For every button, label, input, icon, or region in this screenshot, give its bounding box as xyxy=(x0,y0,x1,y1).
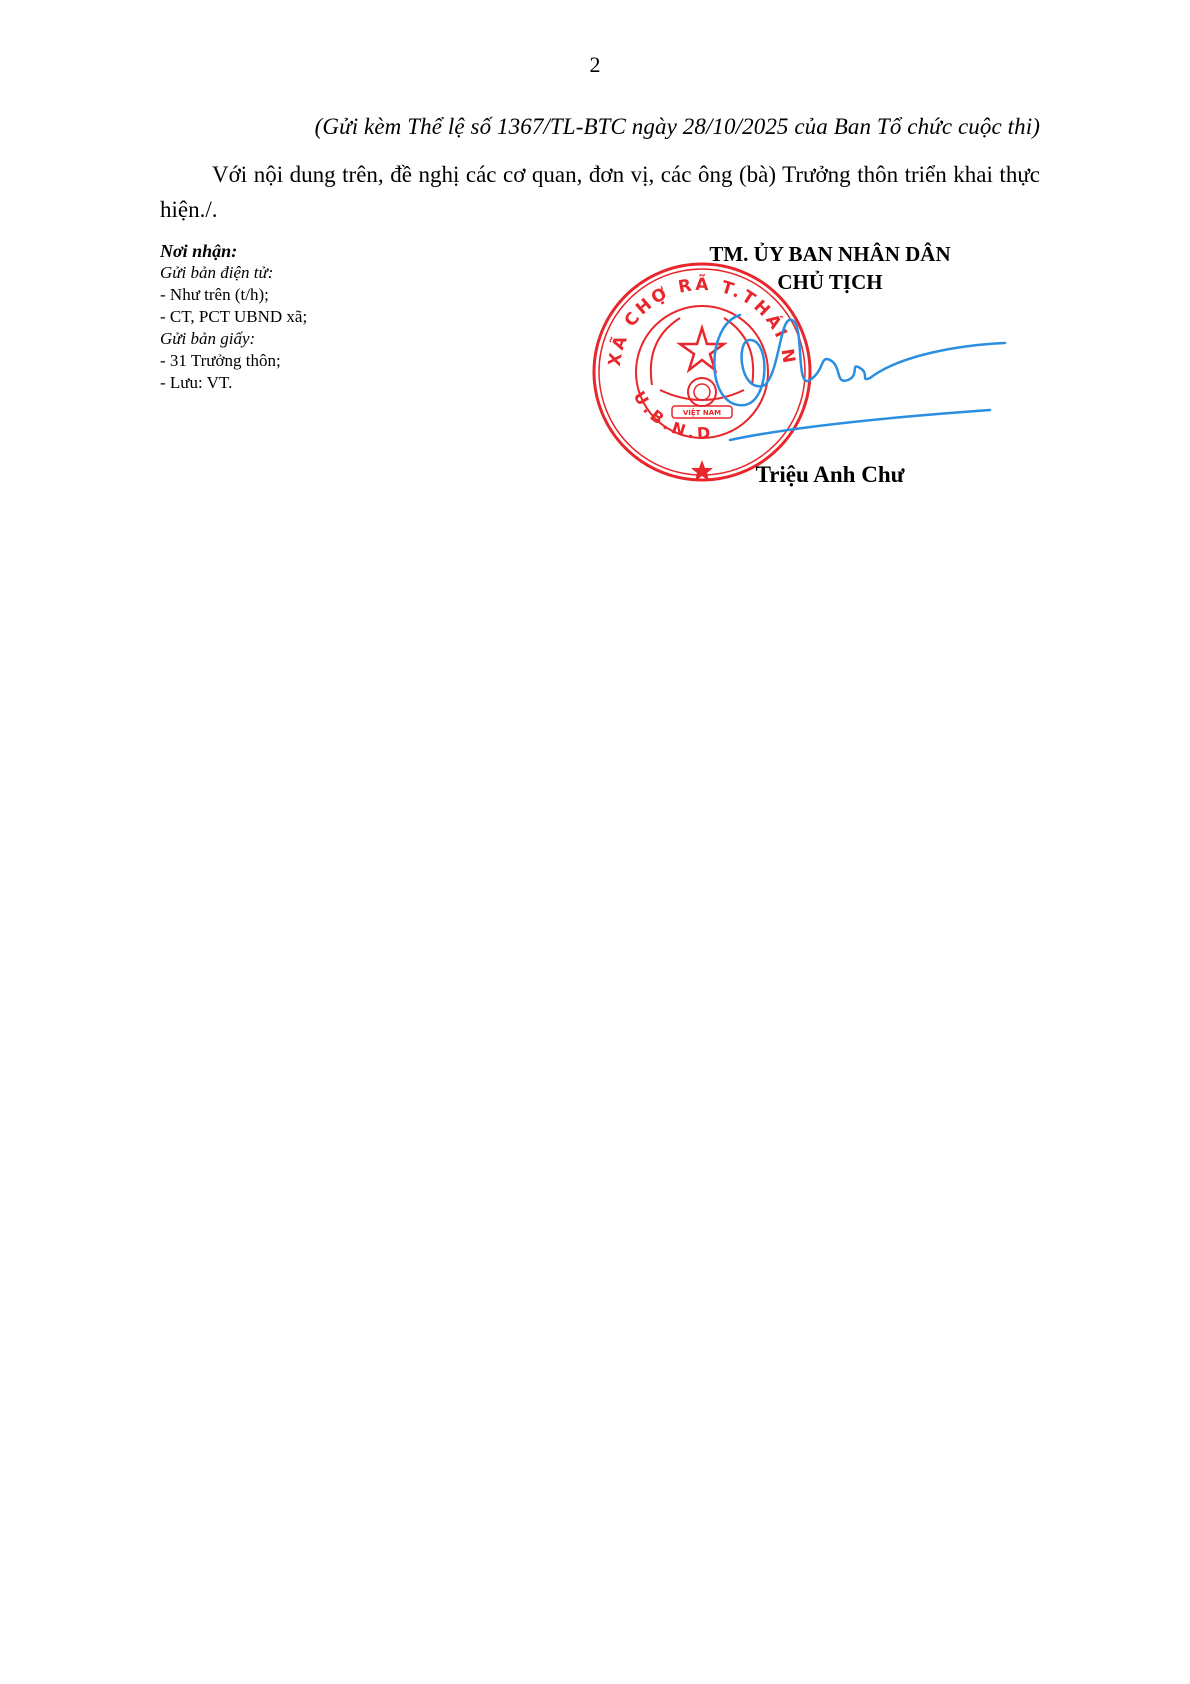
recipient-item: - CT, PCT UBND xã; xyxy=(160,306,307,328)
attachment-note: (Gửi kèm Thể lệ số 1367/TL-BTC ngày 28/1… xyxy=(160,114,1040,140)
recipients-title: Nơi nhận: xyxy=(160,240,307,262)
recipient-item: - Như trên (t/h); xyxy=(160,284,307,306)
recipients-group-label: Gửi bản điện tử: xyxy=(160,262,307,284)
recipients-group-label: Gửi bản giấy: xyxy=(160,328,307,350)
recipient-item: - 31 Trưởng thôn; xyxy=(160,350,307,372)
recipient-item: - Lưu: VT. xyxy=(160,372,307,394)
page-number: 2 xyxy=(0,52,1190,78)
recipients-block: Nơi nhận: Gửi bản điện tử: - Như trên (t… xyxy=(160,240,307,394)
handwritten-signature-icon xyxy=(700,300,1030,460)
body-paragraph: Với nội dung trên, đề nghị các cơ quan, … xyxy=(160,157,1040,227)
signer-name: Triệu Anh Chư xyxy=(620,462,1040,488)
